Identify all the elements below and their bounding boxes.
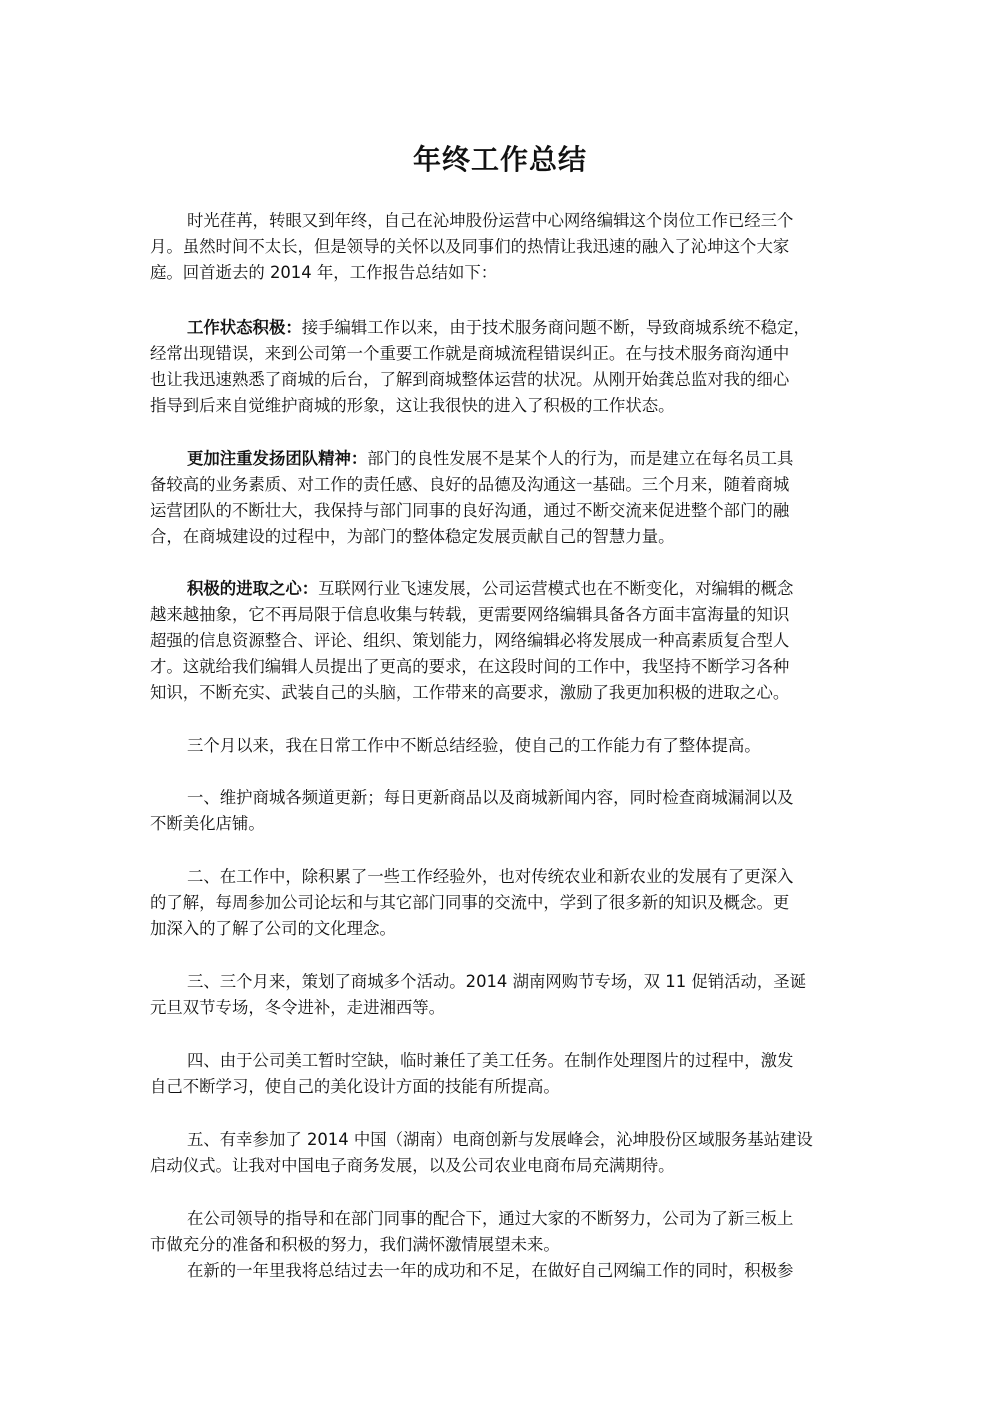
paragraph-item-4: 四、由于公司美工暂时空缺，临时兼任了美工任务。在制作处理图片的过程中，激发 自己… — [150, 1048, 870, 1100]
text-line: 元旦双节专场，冬令进补，走进湘西等。 — [150, 995, 870, 1021]
paragraph-summary: 三个月以来，我在日常工作中不断总结经验，使自己的工作能力有了整体提高。 — [150, 733, 870, 759]
text-line: 五、有幸参加了 2014 中国（湖南）电商创新与发展峰会，沁坤股份区域服务基站建… — [150, 1127, 870, 1153]
paragraph-lead: 积极的进取之心： — [187, 579, 318, 598]
text-line: 加深入的了解了公司的文化理念。 — [150, 916, 870, 942]
text-line: 越来越抽象，它不再局限于信息收集与转载，更需要网络编辑具备各方面丰富海量的知识 — [150, 602, 870, 628]
text-fragment: 部门的良性发展不是某个人的行为，而是建立在每名员工具 — [367, 449, 793, 468]
text-line: 在公司领导的指导和在部门同事的配合下，通过大家的不断努力，公司为了新三板上 — [150, 1206, 870, 1232]
paragraph-item-5: 五、有幸参加了 2014 中国（湖南）电商创新与发展峰会，沁坤股份区域服务基站建… — [150, 1127, 870, 1179]
paragraph-new-year: 在新的一年里我将总结过去一年的成功和不足，在做好自己网编工作的同时，积极参 — [150, 1258, 870, 1284]
text-line: 才。这就给我们编辑人员提出了更高的要求，在这段时间的工作中，我坚持不断学习各种 — [150, 654, 870, 680]
text-line: 备较高的业务素质、对工作的责任感、良好的品德及沟通这一基础。三个月来，随着商城 — [150, 472, 870, 498]
text-line: 启动仪式。让我对中国电子商务发展，以及公司农业电商布局充满期待。 — [150, 1153, 870, 1179]
text-line: 自己不断学习，使自己的美化设计方面的技能有所提高。 — [150, 1074, 870, 1100]
text-line: 三、三个月来，策划了商城多个活动。2014 湖南网购节专场，双 11 促销活动，… — [150, 969, 870, 995]
text-line: 市做充分的准备和积极的努力，我们满怀激情展望未来。 — [150, 1232, 870, 1258]
paragraph-item-3: 三、三个月来，策划了商城多个活动。2014 湖南网购节专场，双 11 促销活动，… — [150, 969, 870, 1021]
text-fragment: 接手编辑工作以来，由于技术服务商问题不断，导致商城系统不稳定， — [302, 318, 810, 337]
text-fragment: 互联网行业飞速发展，公司运营模式也在不断变化，对编辑的概念 — [318, 579, 793, 598]
paragraph-item-1: 一、维护商城各频道更新；每日更新商品以及商城新闻内容，同时检查商城漏洞以及 不断… — [150, 785, 870, 837]
paragraph-item-2: 二、在工作中，除积累了一些工作经验外，也对传统农业和新农业的发展有了更深入 的了… — [150, 864, 870, 942]
text-line: 二、在工作中，除积累了一些工作经验外，也对传统农业和新农业的发展有了更深入 — [150, 864, 870, 890]
text-line: 合，在商城建设的过程中，为部门的整体稳定发展贡献自己的智慧力量。 — [150, 524, 870, 550]
text-line: 工作状态积极：接手编辑工作以来，由于技术服务商问题不断，导致商城系统不稳定， — [150, 315, 870, 341]
document-title: 年终工作总结 — [0, 138, 1000, 178]
text-line: 时光荏苒，转眼又到年终，自己在沁坤股份运营中心网络编辑这个岗位工作已经三个 — [150, 208, 870, 234]
text-line: 超强的信息资源整合、评论、组织、策划能力，网络编辑必将发展成一种高素质复合型人 — [150, 628, 870, 654]
paragraph-team-spirit: 更加注重发扬团队精神：部门的良性发展不是某个人的行为，而是建立在每名员工具 备较… — [150, 446, 870, 550]
text-line: 在新的一年里我将总结过去一年的成功和不足，在做好自己网编工作的同时，积极参 — [150, 1258, 870, 1284]
text-line: 也让我迅速熟悉了商城的后台，了解到商城整体运营的状况。从刚开始龚总监对我的细心 — [150, 367, 870, 393]
paragraph-lead: 工作状态积极： — [187, 318, 302, 337]
text-line: 三个月以来，我在日常工作中不断总结经验，使自己的工作能力有了整体提高。 — [150, 733, 870, 759]
text-line: 庭。回首逝去的 2014 年，工作报告总结如下： — [150, 260, 870, 286]
paragraph-intro: 时光荏苒，转眼又到年终，自己在沁坤股份运营中心网络编辑这个岗位工作已经三个 月。… — [150, 208, 870, 286]
text-line: 月。虽然时间不太长，但是领导的关怀以及同事们的热情让我迅速的融入了沁坤这个大家 — [150, 234, 870, 260]
text-line: 积极的进取之心：互联网行业飞速发展，公司运营模式也在不断变化，对编辑的概念 — [150, 576, 870, 602]
text-line: 一、维护商城各频道更新；每日更新商品以及商城新闻内容，同时检查商城漏洞以及 — [150, 785, 870, 811]
text-line: 经常出现错误，来到公司第一个重要工作就是商城流程错误纠正。在与技术服务商沟通中 — [150, 341, 870, 367]
paragraph-progress: 积极的进取之心：互联网行业飞速发展，公司运营模式也在不断变化，对编辑的概念 越来… — [150, 576, 870, 706]
text-line: 更加注重发扬团队精神：部门的良性发展不是某个人的行为，而是建立在每名员工具 — [150, 446, 870, 472]
paragraph-work-state: 工作状态积极：接手编辑工作以来，由于技术服务商问题不断，导致商城系统不稳定， 经… — [150, 315, 870, 419]
paragraph-lead: 更加注重发扬团队精神： — [187, 449, 367, 468]
paragraph-outlook: 在公司领导的指导和在部门同事的配合下，通过大家的不断努力，公司为了新三板上 市做… — [150, 1206, 870, 1258]
text-line: 指导到后来自觉维护商城的形象，这让我很快的进入了积极的工作状态。 — [150, 393, 870, 419]
text-line: 运营团队的不断壮大，我保持与部门同事的良好沟通，通过不断交流来促进整个部门的融 — [150, 498, 870, 524]
text-line: 四、由于公司美工暂时空缺，临时兼任了美工任务。在制作处理图片的过程中，激发 — [150, 1048, 870, 1074]
text-line: 不断美化店铺。 — [150, 811, 870, 837]
text-line: 的了解，每周参加公司论坛和与其它部门同事的交流中，学到了很多新的知识及概念。更 — [150, 890, 870, 916]
text-line: 知识，不断充实、武装自己的头脑，工作带来的高要求，激励了我更加积极的进取之心。 — [150, 680, 870, 706]
document-page: 年终工作总结 时光荏苒，转眼又到年终，自己在沁坤股份运营中心网络编辑这个岗位工作… — [0, 0, 1000, 1415]
